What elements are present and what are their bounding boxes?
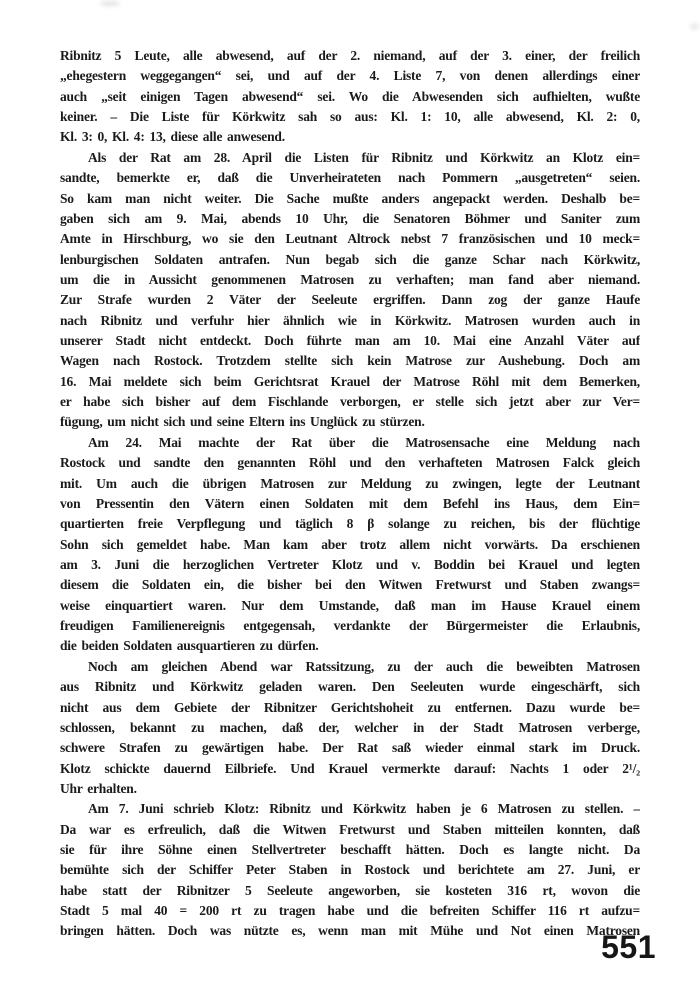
text-line: keiner. – Die Liste für Körkwitz sah so … <box>60 107 640 127</box>
text-line: nicht aus dem Gebiete der Ribnitzer Geri… <box>60 698 640 718</box>
text-line: aus Ribnitz und Körkwitz geladen waren. … <box>60 677 640 697</box>
text-line: habe statt der Ribnitzer 5 Seeleute ange… <box>60 881 640 901</box>
text-line: mit. Um auch die übrigen Matrosen zur Me… <box>60 474 640 494</box>
text-line: gaben sich am 9. Mai, abends 10 Uhr, die… <box>60 209 640 229</box>
text-line: Noch am gleichen Abend war Ratssitzung, … <box>60 657 640 677</box>
text-line: bemühte sich der Schiffer Peter Staben i… <box>60 860 640 880</box>
text-line: nach Ribnitz und verfuhr hier ähnlich wi… <box>60 311 640 331</box>
text-line: schlossen, bekannt zu machen, daß der, w… <box>60 718 640 738</box>
text-line: Ribnitz 5 Leute, alle abwesend, auf der … <box>60 46 640 66</box>
text-line: Klotz schickte dauernd Eilbriefe. Und Kr… <box>60 759 640 779</box>
text-line: freudigen Familienereignis entgegensah, … <box>60 616 640 636</box>
text-line: Rostock und sandte den genannten Röhl un… <box>60 453 640 473</box>
page-number: 551 <box>601 930 656 964</box>
text-line: So kam man nicht weiter. Die Sache mußte… <box>60 189 640 209</box>
text-line: Sohn sich gemeldet habe. Man kam aber tr… <box>60 535 640 555</box>
text-line: quartierten freie Verpflegung und täglic… <box>60 514 640 534</box>
text-line: fügung, um nicht sich und seine Eltern i… <box>60 412 640 432</box>
text-line: Uhr erhalten. <box>60 779 640 799</box>
text-line: Zur Strafe wurden 2 Väter der Seeleute e… <box>60 290 640 310</box>
text-line: Am 24. Mai machte der Rat über die Matro… <box>60 433 640 453</box>
text-line: bringen hätten. Doch was nützte es, wenn… <box>60 921 640 941</box>
text-line: unserer Stadt nicht entdeckt. Doch führt… <box>60 331 640 351</box>
text-line: diesem die Soldaten ein, die bisher bei … <box>60 575 640 595</box>
scan-artifact <box>100 1 120 6</box>
book-page: Ribnitz 5 Leute, alle abwesend, auf der … <box>0 0 700 1002</box>
text-line: 16. Mai meldete sich beim Gerichtsrat Kr… <box>60 372 640 392</box>
text-line: Kl. 3: 0, Kl. 4: 13, diese alle anwesend… <box>60 127 640 147</box>
text-line: Wagen nach Rostock. Trotzdem stellte sic… <box>60 351 640 371</box>
text-line: sandte, bemerkte er, daß die Unverheirat… <box>60 168 640 188</box>
text-line: weise einquartiert waren. Nur dem Umstan… <box>60 596 640 616</box>
text-line: lenburgischen Soldaten antrafen. Nun beg… <box>60 250 640 270</box>
text-line: die beiden Soldaten ausquartieren zu dür… <box>60 636 640 656</box>
text-line: Da war es erfreulich, daß die Witwen Fre… <box>60 820 640 840</box>
scan-artifact <box>690 23 699 30</box>
text-line: schwere Strafen zu gewärtigen habe. Der … <box>60 738 640 758</box>
text-line: Amte in Hirschburg, wo sie den Leutnant … <box>60 229 640 249</box>
text-line: „ehegestern weggegangen“ sei, und auf de… <box>60 66 640 86</box>
text-line: am 3. Juni die herzoglichen Vertreter Kl… <box>60 555 640 575</box>
text-line: auch „seit einigen Tagen abwesend“ sei. … <box>60 87 640 107</box>
text-line: sie für ihre Söhne einen Stellvertreter … <box>60 840 640 860</box>
text-line: um die in Aussicht genommenen Matrosen z… <box>60 270 640 290</box>
text-line: von Pressentin den Vätern einen Soldaten… <box>60 494 640 514</box>
text-line: er habe sich bisher auf dem Fischlande v… <box>60 392 640 412</box>
text-line: Am 7. Juni schrieb Klotz: Ribnitz und Kö… <box>60 799 640 819</box>
text-line: Stadt 5 mal 40 = 200 rt zu tragen habe u… <box>60 901 640 921</box>
text-block: Ribnitz 5 Leute, alle abwesend, auf der … <box>60 46 640 942</box>
text-line: Als der Rat am 28. April die Listen für … <box>60 148 640 168</box>
